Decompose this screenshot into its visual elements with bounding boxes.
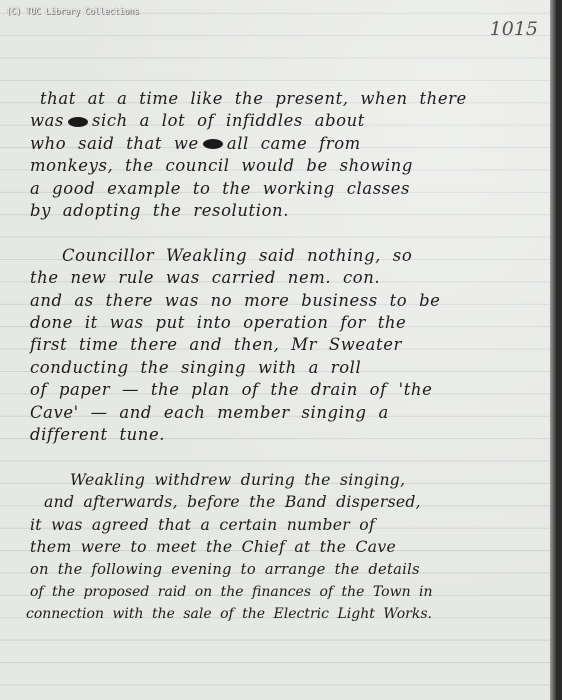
manuscript-line: Councillor Weakling said nothing, so: [30, 245, 540, 267]
manuscript-page: (C) TUC Library Collections 1015 that at…: [0, 0, 556, 700]
paragraph-1: that at a time like the present, when th…: [30, 88, 540, 222]
manuscript-body: that at a time like the present, when th…: [30, 88, 540, 626]
word: was: [30, 111, 64, 130]
manuscript-line: done it was put into operation for the: [30, 312, 540, 334]
page-edge: [550, 0, 556, 700]
manuscript-line: wassich a lot of infiddles about: [30, 110, 540, 132]
manuscript-line: conducting the singing with a roll: [30, 357, 540, 379]
manuscript-line: that at a time like the present, when th…: [30, 88, 540, 110]
manuscript-line: of the proposed raid on the finances of …: [30, 581, 540, 603]
copyright-watermark: (C) TUC Library Collections: [6, 7, 139, 17]
manuscript-line: and afterwards, before the Band disperse…: [30, 491, 540, 513]
manuscript-line: and as there was no more business to be: [30, 290, 540, 312]
paragraph-2: Councillor Weakling said nothing, so the…: [30, 245, 540, 447]
manuscript-line: monkeys, the council would be showing: [30, 155, 540, 177]
manuscript-line: a good example to the working classes: [30, 178, 540, 200]
manuscript-line: by adopting the resolution.: [30, 200, 540, 222]
word: sich a lot of infiddles about: [92, 111, 365, 130]
manuscript-line: different tune.: [30, 424, 540, 446]
word: who said that we: [30, 134, 199, 153]
manuscript-line: the new rule was carried nem. con.: [30, 267, 540, 289]
page-number: 1015: [490, 18, 538, 40]
manuscript-line: Weakling withdrew during the singing,: [30, 469, 540, 491]
manuscript-line: of paper — the plan of the drain of 'the: [30, 379, 540, 401]
manuscript-line: who said that weall came from: [30, 133, 540, 155]
manuscript-line: connection with the sale of the Electric…: [26, 603, 540, 625]
ink-blot-icon: [68, 117, 88, 127]
manuscript-line: it was agreed that a certain number of: [30, 514, 540, 536]
manuscript-line: them were to meet the Chief at the Cave: [30, 536, 540, 558]
manuscript-line: first time there and then, Mr Sweater: [30, 334, 540, 356]
manuscript-line: on the following evening to arrange the …: [30, 559, 540, 581]
paragraph-3: Weakling withdrew during the singing, an…: [30, 469, 540, 626]
word: all came from: [227, 134, 361, 153]
ink-blot-icon: [203, 139, 223, 149]
manuscript-line: Cave' — and each member singing a: [30, 402, 540, 424]
